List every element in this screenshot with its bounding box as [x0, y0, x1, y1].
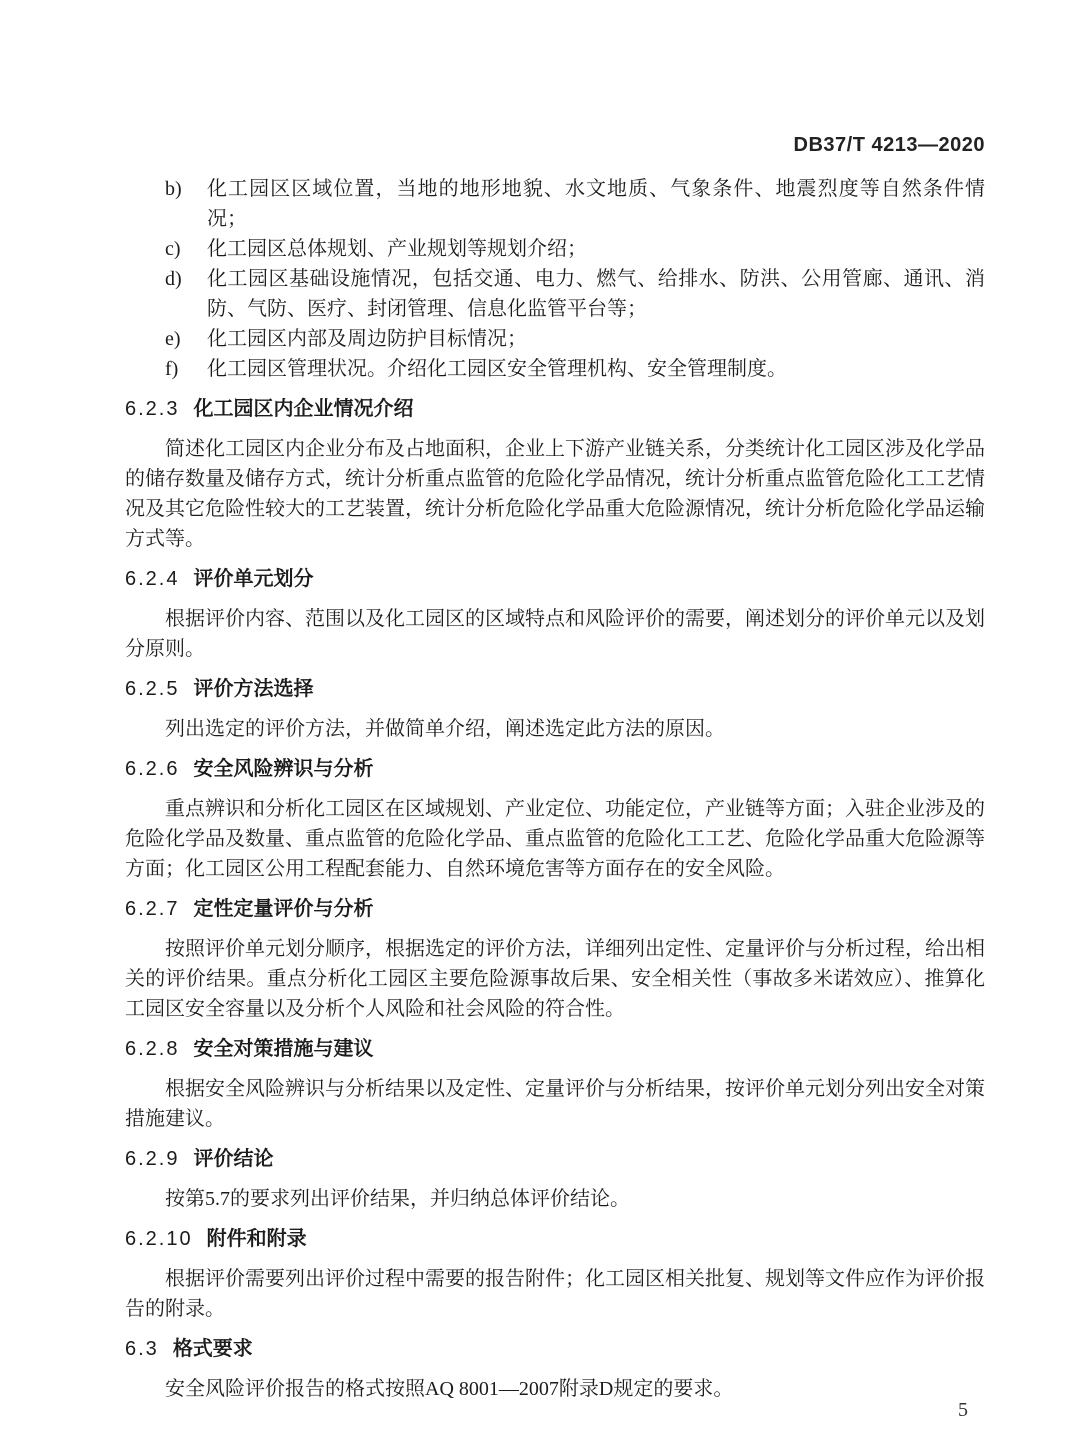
section: 6.2.5 评价方法选择 列出选定的评价方法，并做简单介绍，阐述选定此方法的原因… — [125, 674, 985, 744]
section-paragraph: 列出选定的评价方法，并做简单介绍，阐述选定此方法的原因。 — [125, 714, 985, 744]
section-heading: 6.2.8 安全对策措施与建议 — [125, 1034, 985, 1064]
section: 6.3 格式要求 安全风险评价报告的格式按照AQ 8001—2007附录D规定的… — [125, 1334, 985, 1404]
section-number: 6.2.9 — [125, 1144, 179, 1174]
section-paragraph: 按照评价单元划分顺序，根据选定的评价方法，详细列出定性、定量评价与分析过程，给出… — [125, 934, 985, 1024]
section-title: 格式要求 — [173, 1334, 253, 1364]
document-page: DB37/T 4213—2020 b) 化工园区区域位置，当地的地形地貌、水文地… — [0, 0, 1080, 1446]
list-item-marker: d) — [165, 264, 207, 294]
section: 6.2.3 化工园区内企业情况介绍 简述化工园区内企业分布及占地面积，企业上下游… — [125, 394, 985, 554]
section-number: 6.2.3 — [125, 394, 179, 424]
list-item-text: 化工园区区域位置，当地的地形地貌、水文地质、气象条件、地震烈度等自然条件情况； — [207, 174, 985, 234]
section-title: 评价单元划分 — [193, 564, 313, 594]
list-item: f) 化工园区管理状况。介绍化工园区安全管理机构、安全管理制度。 — [125, 354, 985, 384]
section-heading: 6.2.3 化工园区内企业情况介绍 — [125, 394, 985, 424]
section: 6.2.4 评价单元划分 根据评价内容、范围以及化工园区的区域特点和风险评价的需… — [125, 564, 985, 664]
section-number: 6.2.7 — [125, 894, 179, 924]
section-title: 安全对策措施与建议 — [193, 1034, 373, 1064]
section-title: 附件和附录 — [207, 1224, 307, 1254]
section: 6.2.6 安全风险辨识与分析 重点辨识和分析化工园区在区域规划、产业定位、功能… — [125, 754, 985, 884]
list-item: c) 化工园区总体规划、产业规划等规划介绍； — [125, 234, 985, 264]
section-heading: 6.2.4 评价单元划分 — [125, 564, 985, 594]
section-heading: 6.3 格式要求 — [125, 1334, 985, 1364]
list-item: e) 化工园区内部及周边防护目标情况； — [125, 324, 985, 354]
section-heading: 6.2.5 评价方法选择 — [125, 674, 985, 704]
section-title: 评价结论 — [193, 1144, 273, 1174]
section-paragraph: 安全风险评价报告的格式按照AQ 8001—2007附录D规定的要求。 — [125, 1374, 985, 1404]
section-title: 评价方法选择 — [193, 674, 313, 704]
list-item: d) 化工园区基础设施情况，包括交通、电力、燃气、给排水、防洪、公用管廊、通讯、… — [125, 264, 985, 324]
sections-container: 6.2.3 化工园区内企业情况介绍 简述化工园区内企业分布及占地面积，企业上下游… — [125, 394, 985, 1404]
section-paragraph: 根据安全风险辨识与分析结果以及定性、定量评价与分析结果，按评价单元划分列出安全对… — [125, 1074, 985, 1134]
list-item-marker: f) — [165, 354, 207, 384]
section-title: 安全风险辨识与分析 — [193, 754, 373, 784]
section-title: 化工园区内企业情况介绍 — [193, 394, 413, 424]
section-heading: 6.2.10 附件和附录 — [125, 1224, 985, 1254]
list-item-text: 化工园区总体规划、产业规划等规划介绍； — [207, 234, 985, 264]
section-number: 6.3 — [125, 1334, 159, 1364]
section-number: 6.2.6 — [125, 754, 179, 784]
section-number: 6.2.4 — [125, 564, 179, 594]
list-item-marker: c) — [165, 234, 207, 264]
section-title: 定性定量评价与分析 — [193, 894, 373, 924]
list-item-marker: e) — [165, 324, 207, 354]
list-item-text: 化工园区管理状况。介绍化工园区安全管理机构、安全管理制度。 — [207, 354, 985, 384]
section-heading: 6.2.7 定性定量评价与分析 — [125, 894, 985, 924]
section: 6.2.8 安全对策措施与建议 根据安全风险辨识与分析结果以及定性、定量评价与分… — [125, 1034, 985, 1134]
section-paragraph: 根据评价需要列出评价过程中需要的报告附件；化工园区相关批复、规划等文件应作为评价… — [125, 1264, 985, 1324]
list-item-text: 化工园区基础设施情况，包括交通、电力、燃气、给排水、防洪、公用管廊、通讯、消防、… — [207, 264, 985, 324]
clause-list: b) 化工园区区域位置，当地的地形地貌、水文地质、气象条件、地震烈度等自然条件情… — [125, 174, 985, 384]
section: 6.2.9 评价结论 按第5.7的要求列出评价结果，并归纳总体评价结论。 — [125, 1144, 985, 1214]
section-number: 6.2.5 — [125, 674, 179, 704]
list-item-marker: b) — [165, 174, 207, 204]
page-content: DB37/T 4213—2020 b) 化工园区区域位置，当地的地形地貌、水文地… — [0, 0, 1080, 1404]
standard-number-header: DB37/T 4213—2020 — [125, 132, 985, 158]
section: 6.2.7 定性定量评价与分析 按照评价单元划分顺序，根据选定的评价方法，详细列… — [125, 894, 985, 1024]
section-paragraph: 简述化工园区内企业分布及占地面积，企业上下游产业链关系，分类统计化工园区涉及化学… — [125, 434, 985, 554]
section-heading: 6.2.9 评价结论 — [125, 1144, 985, 1174]
list-item-text: 化工园区内部及周边防护目标情况； — [207, 324, 985, 354]
section-paragraph: 根据评价内容、范围以及化工园区的区域特点和风险评价的需要，阐述划分的评价单元以及… — [125, 604, 985, 664]
section-number: 6.2.8 — [125, 1034, 179, 1064]
section-heading: 6.2.6 安全风险辨识与分析 — [125, 754, 985, 784]
section-number: 6.2.10 — [125, 1224, 193, 1254]
page-number: 5 — [958, 1398, 968, 1422]
list-item: b) 化工园区区域位置，当地的地形地貌、水文地质、气象条件、地震烈度等自然条件情… — [125, 174, 985, 234]
section: 6.2.10 附件和附录 根据评价需要列出评价过程中需要的报告附件；化工园区相关… — [125, 1224, 985, 1324]
section-paragraph: 重点辨识和分析化工园区在区域规划、产业定位、功能定位，产业链等方面；入驻企业涉及… — [125, 794, 985, 884]
section-paragraph: 按第5.7的要求列出评价结果，并归纳总体评价结论。 — [125, 1184, 985, 1214]
